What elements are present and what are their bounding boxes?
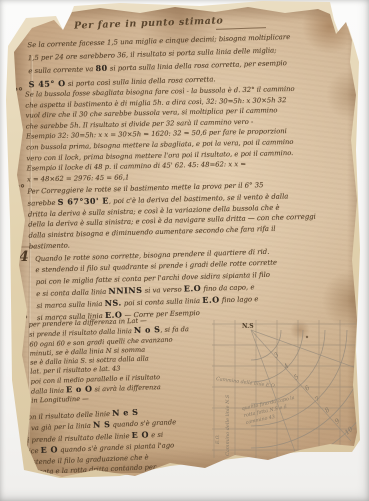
diagram-vertical-small-label: E.O.: [215, 434, 221, 445]
page-title: Per fare in punto stimato: [74, 15, 224, 31]
pencil-quadrant-diagram: N.S Cammino delle linie E.O. Cammino del…: [212, 316, 369, 462]
manuscript-paper: Per fare in punto stimato 1° Se la corre…: [0, 0, 369, 501]
section-2-text: Se la bussola fosse sbagliata bisogna fa…: [25, 82, 367, 184]
diagram-vertical-label: Cammino delle linie N.S: [225, 394, 231, 456]
svg-text:6: 6: [303, 384, 311, 393]
svg-text:4: 4: [281, 362, 290, 371]
section-1-text: Se la corrente facesse 1,5 una miglia e …: [27, 29, 360, 92]
svg-text:8: 8: [323, 406, 331, 415]
diagram-curve-label: Cammino delle linie E.O.: [216, 376, 277, 389]
scanned-manuscript-photo: Per fare in punto stimato 1° Se la corre…: [0, 0, 369, 501]
section-5-text: per prendere la differenza in Lat —si pr…: [29, 313, 240, 406]
section-3-text: Per Correggiere le rotte se il bastiment…: [27, 177, 363, 252]
svg-text:10: 10: [343, 425, 354, 436]
diagram-grid: [212, 320, 365, 458]
diagram-note: quanto fino da capo la rotta fatta N.S e…: [241, 395, 295, 426]
section-4-text: Quando le rotte sono corrette, bisogna p…: [35, 244, 363, 325]
ink-speck: [306, 336, 308, 338]
svg-text:3: 3: [272, 351, 280, 360]
svg-text:5: 5: [292, 373, 300, 382]
diagram-corner-label: N.S: [242, 323, 254, 330]
diagram-radials: [251, 330, 369, 462]
title-flourish: [216, 27, 266, 30]
